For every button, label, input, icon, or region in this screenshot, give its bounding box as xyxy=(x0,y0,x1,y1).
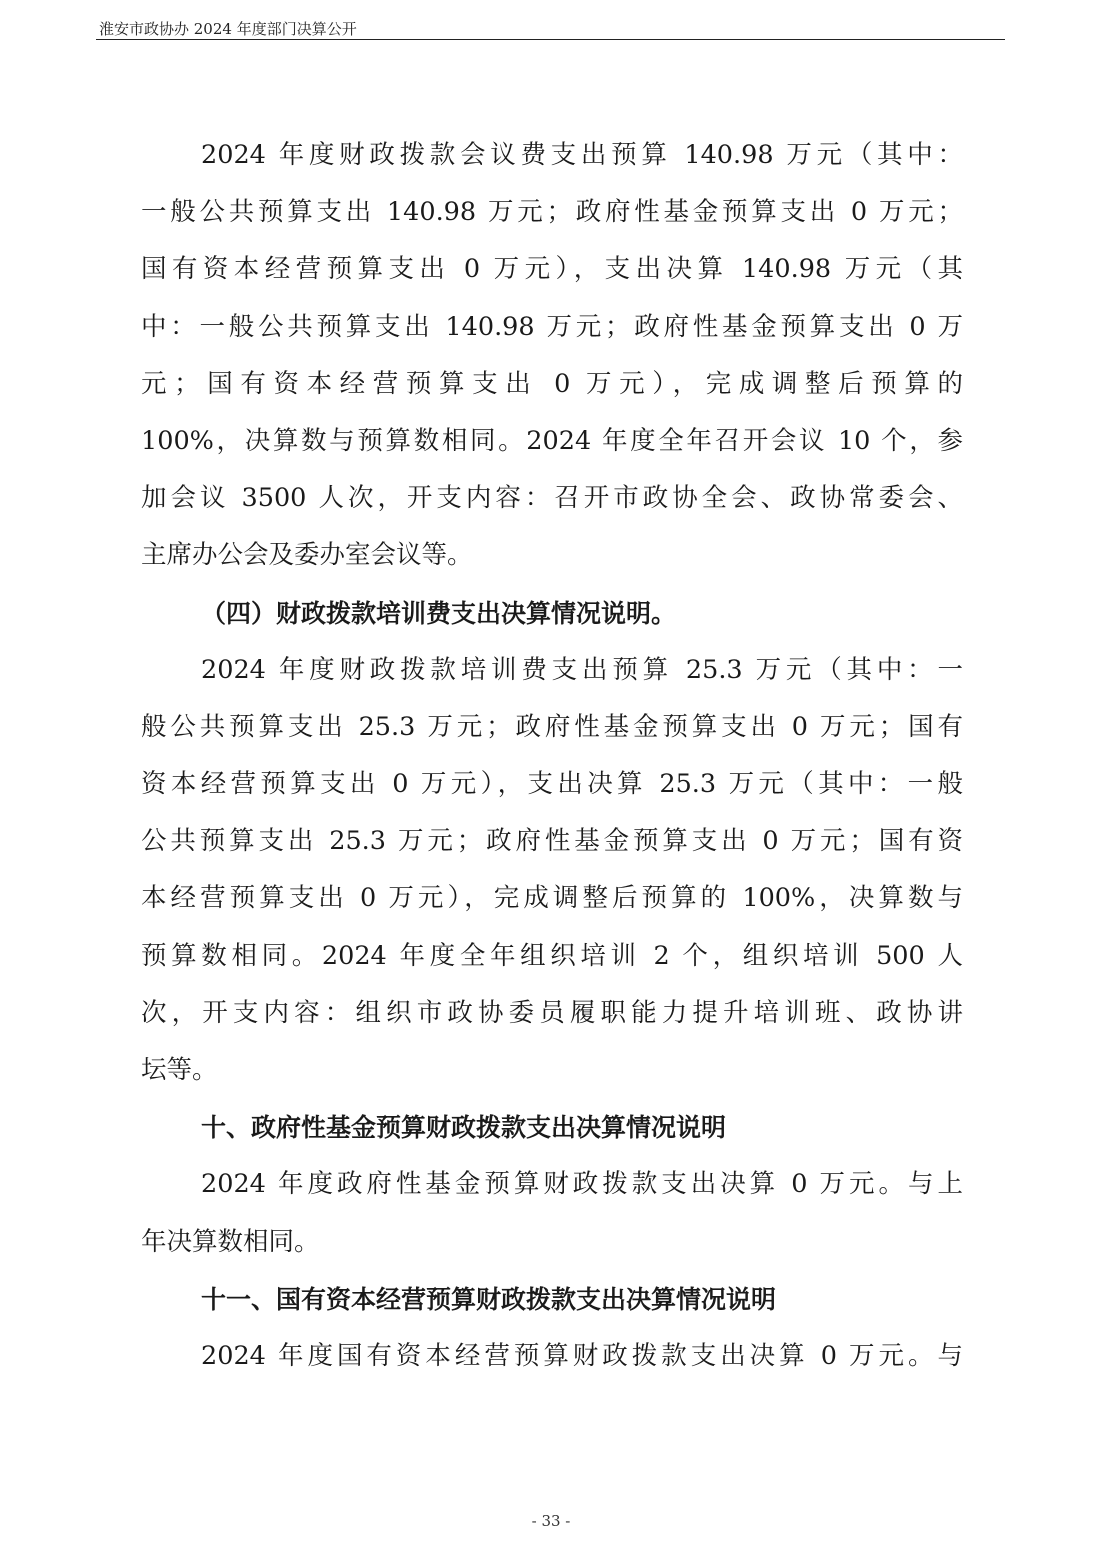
paragraph-line: 本经营预算支出 0 万元），完成调整后预算的 100%，决算数与 xyxy=(141,870,963,927)
paragraph-line: 资本经营预算支出 0 万元），支出决算 25.3 万元（其中：一般 xyxy=(141,756,963,813)
paragraph-line: 年决算数相同。 xyxy=(141,1214,963,1271)
paragraph-line: 2024 年度财政拨款培训费支出预算 25.3 万元（其中：一 xyxy=(141,642,963,699)
page-number: - 33 - xyxy=(0,1512,1102,1530)
training-fee-heading: （四）财政拨款培训费支出决算情况说明。 xyxy=(141,585,963,642)
section-10-paragraph: 2024 年度政府性基金预算财政拨款支出决算 0 万元。与上 年决算数相同。 xyxy=(141,1156,963,1270)
paragraph-line: 100%，决算数与预算数相同。2024 年度全年召开会议 10 个，参 xyxy=(141,413,963,470)
paragraph-line: 中：一般公共预算支出 140.98 万元；政府性基金预算支出 0 万 xyxy=(141,299,963,356)
training-fee-paragraph: 2024 年度财政拨款培训费支出预算 25.3 万元（其中：一 般公共预算支出 … xyxy=(141,642,963,1100)
page-header: 淮安市政协办 2024 年度部门决算公开 xyxy=(96,12,1005,40)
paragraph-line: 元；国有资本经营预算支出 0 万元），完成调整后预算的 xyxy=(141,356,963,413)
section-11-paragraph: 2024 年度国有资本经营预算财政拨款支出决算 0 万元。与 xyxy=(141,1328,963,1385)
paragraph-line: 一般公共预算支出 140.98 万元；政府性基金预算支出 0 万元； xyxy=(141,184,963,241)
paragraph-line: 2024 年度国有资本经营预算财政拨款支出决算 0 万元。与 xyxy=(141,1328,963,1385)
section-10-heading: 十、政府性基金预算财政拨款支出决算情况说明 xyxy=(141,1099,963,1156)
header-title: 淮安市政协办 2024 年度部门决算公开 xyxy=(99,18,357,39)
paragraph-line: 般公共预算支出 25.3 万元；政府性基金预算支出 0 万元；国有 xyxy=(141,699,963,756)
paragraph-line: 公共预算支出 25.3 万元；政府性基金预算支出 0 万元；国有资 xyxy=(141,813,963,870)
document-body: 2024 年度财政拨款会议费支出预算 140.98 万元（其中： 一般公共预算支… xyxy=(141,127,963,1385)
meeting-fee-paragraph: 2024 年度财政拨款会议费支出预算 140.98 万元（其中： 一般公共预算支… xyxy=(141,127,963,585)
paragraph-line: 主席办公会及委办室会议等。 xyxy=(141,527,963,584)
paragraph-line: 坛等。 xyxy=(141,1042,963,1099)
paragraph-line: 国有资本经营预算支出 0 万元），支出决算 140.98 万元（其 xyxy=(141,241,963,298)
paragraph-line: 2024 年度政府性基金预算财政拨款支出决算 0 万元。与上 xyxy=(141,1156,963,1213)
paragraph-line: 加会议 3500 人次，开支内容：召开市政协全会、政协常委会、 xyxy=(141,470,963,527)
paragraph-line: 2024 年度财政拨款会议费支出预算 140.98 万元（其中： xyxy=(141,127,963,184)
section-11-heading: 十一、国有资本经营预算财政拨款支出决算情况说明 xyxy=(141,1271,963,1328)
paragraph-line: 预算数相同。2024 年度全年组织培训 2 个，组织培训 500 人 xyxy=(141,928,963,985)
paragraph-line: 次，开支内容：组织市政协委员履职能力提升培训班、政协讲 xyxy=(141,985,963,1042)
